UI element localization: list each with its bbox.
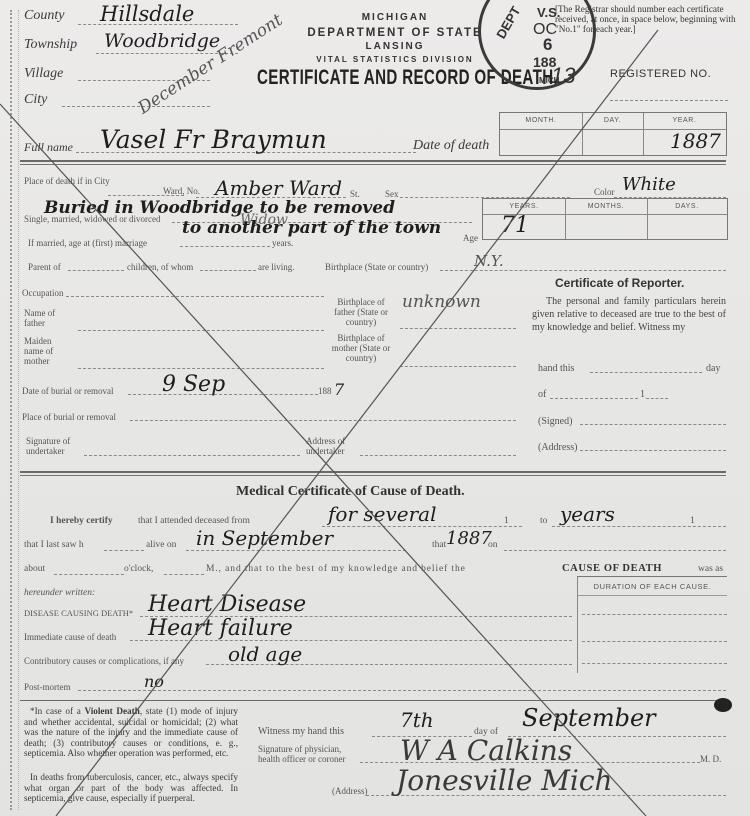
contributory-label: Contributory causes or complications, if… xyxy=(24,656,184,666)
contributory-value: old age xyxy=(228,642,302,666)
attended-from-line xyxy=(322,526,522,527)
reporter-day-label: day xyxy=(706,363,720,374)
mother-name-label: Maiden name of mother xyxy=(24,336,70,366)
age-marriage-label: If married, age at (first) marriage xyxy=(28,238,147,248)
undertaker-addr-line xyxy=(360,455,516,456)
ink-blot xyxy=(714,698,732,712)
postmortem-label: Post-mortem xyxy=(24,682,71,692)
birthplace-line xyxy=(440,270,726,271)
on-label: on xyxy=(488,540,498,550)
date-burial-label: Date of burial or removal xyxy=(22,386,113,396)
attended-to-year-prefix: 1 xyxy=(690,516,695,526)
death-certificate: County Hillsdale Township Woodbridge Vil… xyxy=(0,0,750,816)
signature-value: W A Calkins xyxy=(400,734,572,767)
reporter-year-line xyxy=(646,398,668,399)
divider-2b xyxy=(20,475,726,476)
ward-label: Ward, No. xyxy=(163,186,200,196)
postmortem-value: no xyxy=(144,672,164,691)
village-label: Village xyxy=(24,66,63,82)
attended-year-prefix: 1 xyxy=(504,516,509,526)
county-value: Hillsdale xyxy=(100,2,194,26)
undertaker-addr-label: Address of undertaker xyxy=(306,436,352,456)
township-label: Township xyxy=(24,37,77,53)
footnote-bold: Violent Death xyxy=(84,706,139,716)
reporter-of-line xyxy=(550,398,638,399)
township-value: Woodbridge xyxy=(104,30,220,52)
duration-header: DURATION OF EACH CAUSE. xyxy=(578,582,727,591)
day-header: DAY. xyxy=(582,117,643,124)
last-saw-label: that I last saw h xyxy=(24,540,84,550)
month-header: MONTH. xyxy=(500,117,582,124)
footnote-specify-organ: In deaths from tuberculosis, cancer, etc… xyxy=(24,772,238,804)
header-city: LANSING xyxy=(290,41,500,52)
year-header: YEAR. xyxy=(643,117,726,124)
registered-no-label: REGISTERED NO. xyxy=(610,68,711,80)
divider-2 xyxy=(20,471,726,473)
city-line xyxy=(62,106,210,107)
reporter-text: The personal and family particulars here… xyxy=(532,295,726,334)
birthplace-value: N.Y. xyxy=(474,252,504,270)
divider-1 xyxy=(20,160,726,162)
years-label: years. xyxy=(272,238,293,248)
mother-name-line xyxy=(78,368,324,369)
place-burial-line xyxy=(130,420,516,421)
duration-box: DURATION OF EACH CAUSE. xyxy=(577,576,727,673)
burial-note-line2: to another part of the town xyxy=(182,218,441,238)
living-label: are living. xyxy=(258,262,295,272)
attended-to-value: years xyxy=(560,502,615,526)
that-label: that xyxy=(432,540,446,550)
stamp-number: 13 xyxy=(551,63,575,89)
occupation-label: Occupation xyxy=(22,288,63,298)
color-value: White xyxy=(622,174,676,195)
date-burial-value: 9 Sep xyxy=(162,372,225,397)
reporter-signed-label: (Signed) xyxy=(538,416,572,427)
last-saw-line xyxy=(104,550,144,551)
cause-bold: CAUSE OF DEATH xyxy=(562,563,662,574)
parent-of-label: Parent of xyxy=(28,262,61,272)
age-box: YEARS. MONTHS. DAYS. 71 xyxy=(482,198,728,240)
about-label: about xyxy=(24,564,45,574)
reporter-hand-line xyxy=(590,372,702,373)
reporter-year-prefix: 1 xyxy=(640,389,645,400)
certify-bold: I hereby certify xyxy=(50,516,113,526)
date-of-death-label: Date of death xyxy=(413,138,489,154)
county-label: County xyxy=(24,8,64,24)
age-marriage-line xyxy=(180,246,270,247)
registrar-note: [The Registrar should number each certif… xyxy=(555,4,747,34)
reporter-address-label: (Address) xyxy=(538,442,577,453)
age-label: Age xyxy=(463,233,478,243)
physician-address-label: (Address) xyxy=(332,786,368,796)
stamp-day: 6 xyxy=(543,35,552,55)
was-as-label: was as xyxy=(698,564,723,574)
age-years-value: 71 xyxy=(501,213,529,238)
undertaker-sig-line xyxy=(84,455,300,456)
occupation-line xyxy=(66,296,324,297)
medical-title: Medical Certificate of Cause of Death. xyxy=(236,484,465,500)
children-label: children, of whom xyxy=(127,262,193,272)
m-line xyxy=(164,574,204,575)
witness-label: Witness my hand this xyxy=(258,726,344,737)
on-line xyxy=(504,550,726,551)
immediate-label: Immediate cause of death xyxy=(24,632,116,642)
father-birthplace-line xyxy=(400,328,516,329)
certify-text: that I attended deceased from xyxy=(138,516,250,526)
year-of-death-value: 1887 xyxy=(670,129,721,153)
divider-1b xyxy=(20,164,726,165)
alive-on-line xyxy=(186,550,406,551)
header-division: VITAL STATISTICS DIVISION xyxy=(270,55,520,64)
margin-note: December Fremont xyxy=(135,10,287,118)
signature-label: Signature of physician, health officer o… xyxy=(258,744,358,764)
father-name-label: Name of father xyxy=(24,308,70,328)
witness-month-value: September xyxy=(522,704,656,732)
that-value: 1887 xyxy=(446,528,492,549)
registered-no-line xyxy=(610,100,728,101)
father-birthplace-label: Birthplace of father (State or country) xyxy=(330,297,392,327)
disease-label: DISEASE CAUSING DEATH* xyxy=(24,608,133,618)
reporter-of-label: of xyxy=(538,389,546,400)
burial-note-line1: Buried in Woodbridge to be removed xyxy=(44,198,395,218)
stamp-dept: DEPT xyxy=(493,4,523,42)
reporter-address-line xyxy=(580,450,726,451)
divider-3 xyxy=(20,700,726,701)
full-name-value: Vasel Fr Braymun xyxy=(100,125,327,154)
father-birthplace-value: unknown xyxy=(402,292,481,312)
reporter-signed-line xyxy=(580,424,726,425)
about-line xyxy=(54,574,124,575)
witness-day-value: 7th xyxy=(400,708,434,732)
left-border xyxy=(10,10,19,810)
place-of-death-label: Place of death if in City xyxy=(24,176,110,186)
age-months-header: MONTHS. xyxy=(565,203,647,210)
color-label: Color xyxy=(594,187,615,197)
mother-birthplace-label: Birthplace of mother (State or country) xyxy=(330,333,392,363)
md-label: M. D. xyxy=(700,754,721,764)
physician-address-value: Jonesville Mich xyxy=(396,764,613,797)
date-burial-year-suffix: 7 xyxy=(334,380,344,399)
immediate-value: Heart failure xyxy=(148,616,293,641)
header-state: MICHIGAN xyxy=(290,12,500,23)
full-name-label: Full name xyxy=(24,140,73,155)
city-label: City xyxy=(24,92,47,108)
attended-to-line xyxy=(552,526,726,527)
place-burial-label: Place of burial or removal xyxy=(22,412,116,422)
reporter-title: Certificate of Reporter. xyxy=(555,276,684,290)
father-name-line xyxy=(78,330,324,331)
m-label: M., and that to the best of my knowledge… xyxy=(206,564,466,574)
postmortem-line xyxy=(78,690,726,691)
living-line xyxy=(200,270,256,271)
reporter-hand-label: hand this xyxy=(538,363,574,374)
mother-birthplace-line xyxy=(400,366,516,367)
undertaker-sig-label: Signature of undertaker xyxy=(26,436,78,456)
hereunder-label: hereunder written: xyxy=(24,588,95,598)
to-label: to xyxy=(540,516,547,526)
birthplace-label: Birthplace (State or country) xyxy=(325,262,428,272)
parent-of-line xyxy=(68,270,124,271)
age-days-header: DAYS. xyxy=(647,203,727,210)
attended-from-value: for several xyxy=(328,502,436,526)
footnote-pre: *In case of a xyxy=(30,706,84,716)
footnote-violent-death: *In case of a Violent Death, state (1) m… xyxy=(24,706,238,759)
date-of-death-box: MONTH. DAY. YEAR. 1887 xyxy=(499,112,727,156)
oclock-label: o'clock, xyxy=(124,564,153,574)
alive-on-value: in September xyxy=(196,526,333,550)
disease-value: Heart Disease xyxy=(148,592,306,617)
date-burial-year-prefix: 188 xyxy=(318,386,332,396)
age-years-header: YEARS. xyxy=(483,203,565,210)
alive-on-label: alive on xyxy=(146,540,176,550)
